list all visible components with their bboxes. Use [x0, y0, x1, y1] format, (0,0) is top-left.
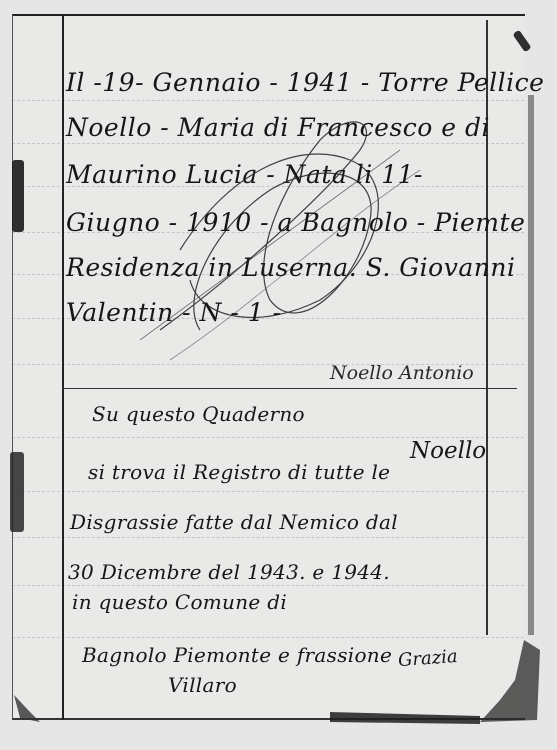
- ruled-line: [12, 637, 524, 638]
- entry-line-6: Valentin - N - 1 -: [66, 298, 282, 327]
- section-divider: [62, 388, 517, 389]
- note-line-4: 30 Dicembre del 1943. e 1944.: [68, 560, 390, 584]
- note-line-2: si trova il Registro di tutte le: [88, 460, 390, 484]
- note-line-5: in questo Comune di: [72, 590, 287, 614]
- torn-edge: [528, 95, 534, 635]
- entry-line-2: Noello - Maria di Francesco e di: [66, 113, 490, 142]
- ruled-line: [12, 491, 524, 492]
- ink-stain: [10, 452, 24, 532]
- entry-line-1: Il -19- Gennaio - 1941 - Torre Pellice: [66, 68, 544, 97]
- note-line-7: Villaro: [168, 673, 237, 697]
- note-line-3: Disgrassie fatte dal Nemico dal: [70, 510, 398, 534]
- signature-noello-antonio: Noello Antonio: [330, 362, 474, 384]
- entry-line-4: Giugno - 1910 - a Bagnolo - Piemte: [66, 208, 525, 237]
- note-line-1: Su questo Quaderno: [92, 402, 305, 426]
- ruled-line: [12, 537, 524, 538]
- entry-line-3: Maurino Lucia - Nata li 11-: [66, 160, 423, 189]
- ruled-line: [12, 585, 524, 586]
- ruled-line: [12, 143, 524, 144]
- margin-name-noello: Noello: [410, 438, 486, 464]
- ruled-line: [12, 100, 524, 101]
- bottom-signature: Grazia: [397, 646, 458, 671]
- entry-line-5: Residenza in Luserna. S. Giovanni: [66, 253, 515, 282]
- note-line-6: Bagnolo Piemonte e frassione: [82, 643, 392, 667]
- ink-stain: [12, 160, 24, 232]
- left-margin-rule: [62, 14, 64, 720]
